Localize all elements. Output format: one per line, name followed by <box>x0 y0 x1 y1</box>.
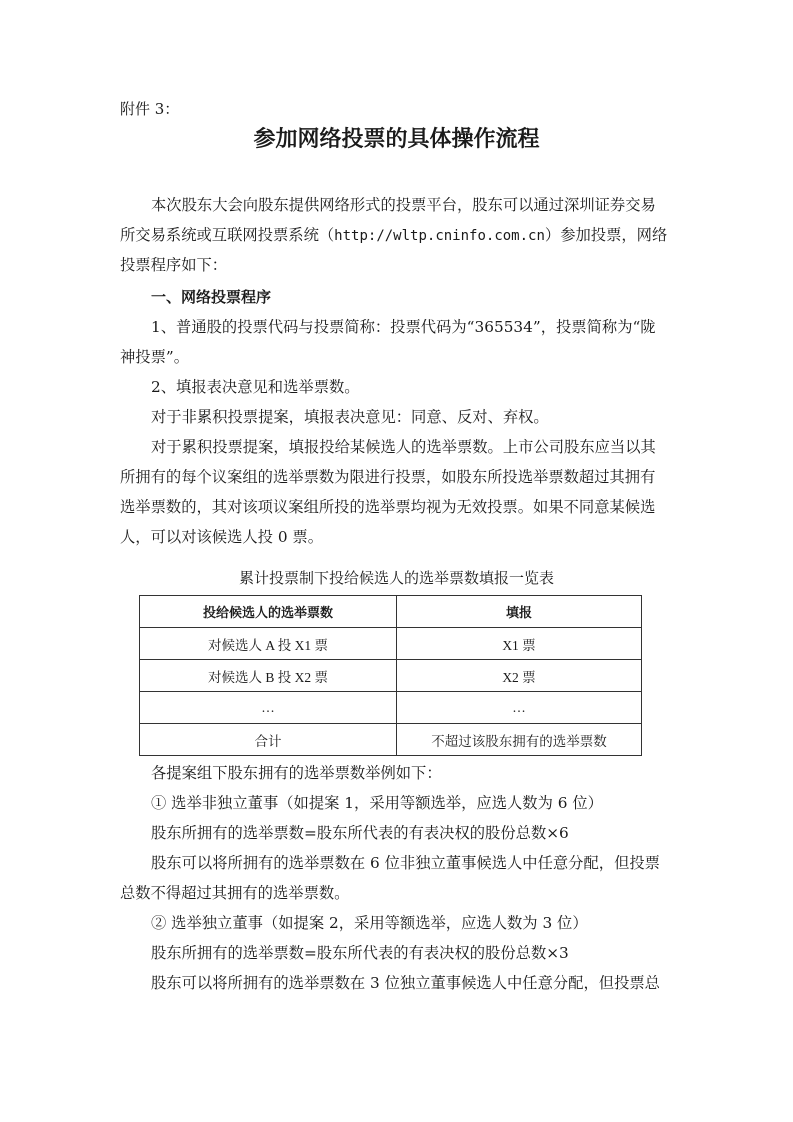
vote-fill-table: 投给候选人的选举票数 填报 对候选人 A 投 X1 票 X1 票 对候选人 B … <box>139 595 642 756</box>
example-2-title: ② 选举独立董事（如提案 2，采用等额选举，应选人数为 3 位） <box>120 909 673 939</box>
table-cell: 对候选人 B 投 X2 票 <box>140 660 397 692</box>
document-title: 参加网络投票的具体操作流程 <box>0 125 793 155</box>
table-row: … … <box>140 692 642 724</box>
table-row: 对候选人 A 投 X1 票 X1 票 <box>140 628 642 660</box>
cumulative-line-3: 选举票数的，其对该项议案组所投的选举票均视为无效投票。如果不同意某候选 <box>120 493 673 523</box>
table-header-cell: 填报 <box>397 596 642 628</box>
table-caption: 累计投票制下投给候选人的选举票数填报一览表 <box>0 566 793 590</box>
intro-line-3: 投票程序如下： <box>120 251 673 281</box>
table-cell: 不超过该股东拥有的选举票数 <box>397 724 642 756</box>
intro-line-2-pre: 所交易系统或互联网投票系统（ <box>120 226 334 244</box>
item-1-line-2: 神投票”。 <box>120 343 673 373</box>
table-cell: … <box>397 692 642 724</box>
item-2-label: 2、填报表决意见和选举票数。 <box>120 373 673 403</box>
table-cell: X1 票 <box>397 628 642 660</box>
intro-line-2-post: ）参加投票，网络 <box>545 226 667 244</box>
table-cell: … <box>140 692 397 724</box>
section-heading-voting-procedure: 一、网络投票程序 <box>120 283 673 313</box>
example-1-note-line-2: 总数不得超过其拥有的选举票数。 <box>120 879 673 909</box>
table-row: 对候选人 B 投 X2 票 X2 票 <box>140 660 642 692</box>
non-cumulative-paragraph: 对于非累积投票提案，填报表决意见：同意、反对、弃权。 <box>120 403 673 433</box>
example-1-formula: 股东所拥有的选举票数=股东所代表的有表决权的股份总数×6 <box>120 819 673 849</box>
table-cell: 合计 <box>140 724 397 756</box>
intro-line-2: 所交易系统或互联网投票系统（http://wltp.cninfo.com.cn）… <box>120 221 673 252</box>
table-header-cell: 投给候选人的选举票数 <box>140 596 397 628</box>
example-1-title: ① 选举非独立董事（如提案 1，采用等额选举，应选人数为 6 位） <box>120 789 673 819</box>
example-2-formula: 股东所拥有的选举票数=股东所代表的有表决权的股份总数×3 <box>120 939 673 969</box>
table-header-row: 投给候选人的选举票数 填报 <box>140 596 642 628</box>
item-1-line-1: 1、普通股的投票代码与投票简称：投票代码为“365534”，投票简称为“陇 <box>120 313 673 343</box>
examples-intro: 各提案组下股东拥有的选举票数举例如下： <box>120 759 673 789</box>
example-1-note-line-1: 股东可以将所拥有的选举票数在 6 位非独立董事候选人中任意分配，但投票 <box>120 849 673 879</box>
cumulative-line-1: 对于累积投票提案，填报投给某候选人的选举票数。上市公司股东应当以其 <box>120 433 673 463</box>
cumulative-line-4: 人，可以对该候选人投 0 票。 <box>120 523 673 553</box>
table-row-total: 合计 不超过该股东拥有的选举票数 <box>140 724 642 756</box>
intro-line-1: 本次股东大会向股东提供网络形式的投票平台，股东可以通过深圳证券交易 <box>120 191 673 221</box>
cumulative-line-2: 所拥有的每个议案组的选举票数为限进行投票，如股东所投选举票数超过其拥有 <box>120 463 673 493</box>
voting-system-url: http://wltp.cninfo.com.cn <box>334 228 545 244</box>
table-cell: 对候选人 A 投 X1 票 <box>140 628 397 660</box>
table-cell: X2 票 <box>397 660 642 692</box>
attachment-label: 附件 3： <box>120 99 179 119</box>
example-2-note-line-1: 股东可以将所拥有的选举票数在 3 位独立董事候选人中任意分配，但投票总 <box>120 969 673 999</box>
